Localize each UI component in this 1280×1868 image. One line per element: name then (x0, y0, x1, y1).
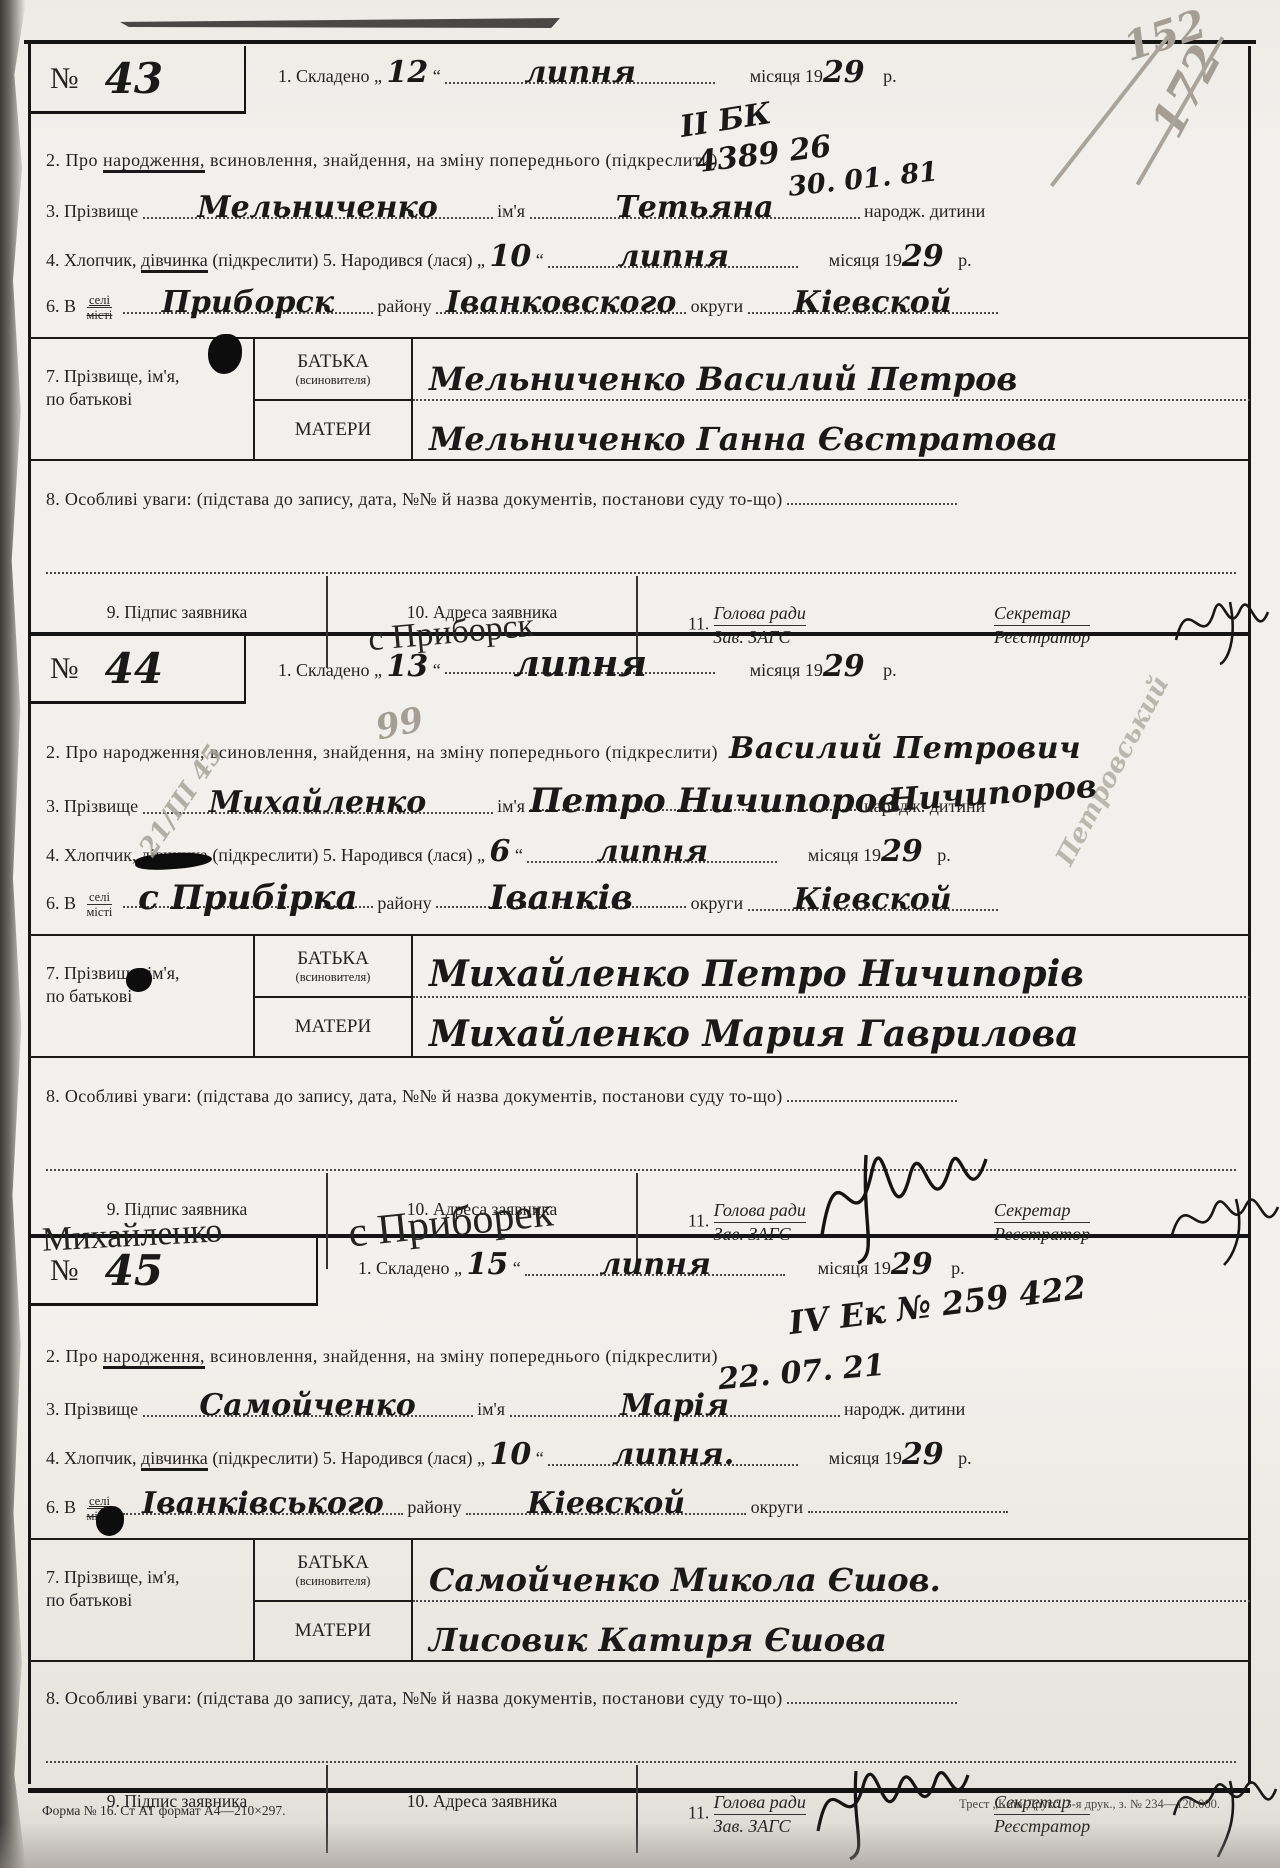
birth-word: народження, (103, 742, 205, 762)
okruha-label: округи (691, 296, 744, 316)
composed-year-handwriting: 29 (891, 1247, 933, 1282)
month-year-label: місяця 19 (829, 1448, 902, 1468)
quote-open: „ (374, 66, 382, 86)
sex-birth-line: 4. Хлопчик, дівчинка (підкреслити) 5. На… (28, 248, 1250, 271)
secretary-label: Секретар (994, 1199, 1090, 1224)
composed-month-handwriting: липня (600, 1247, 711, 1282)
quote-close: “ (513, 1258, 521, 1278)
parents-label-line1: 7. Прізвище, ім'я, (46, 1567, 180, 1587)
page-top-border (24, 40, 1256, 44)
head-of-council-label: Голова ради (714, 602, 806, 627)
about-pre: 2. Про (46, 150, 98, 170)
in-label: 6. В (46, 1497, 76, 1517)
record-block-44: № 44 1. Складено „ 13 “ липня місяця 192… (28, 636, 1250, 1238)
month-year-label: місяця 19 (829, 250, 902, 270)
scan-smudge (120, 18, 560, 28)
about-line: 2. Про народження, всиновлення, знайденн… (28, 1346, 1250, 1367)
father-name-handwriting: Мельниченко Василий Петров (429, 370, 1017, 389)
father-header: БАТЬКА (297, 948, 369, 969)
about-pre: 2. Про (46, 742, 98, 762)
quote-open: „ (477, 250, 485, 270)
quote-close: “ (433, 66, 441, 86)
underline-hint-label: (підкреслити) (212, 1448, 318, 1468)
okruha-label: округи (751, 1497, 804, 1517)
child-label: народж. дитини (864, 201, 985, 221)
birth-month-handwriting: липня (597, 834, 708, 869)
district-label: району (407, 1497, 461, 1517)
district-handwriting: Кіевской (527, 1486, 685, 1521)
father-header: БАТЬКА (297, 351, 369, 372)
composed-label: 1. Складено (358, 1258, 450, 1278)
archival-stamp-line3: 30. 01. 81 (788, 164, 939, 196)
boy-label: 4. Хлопчик, (46, 250, 137, 270)
okruha-handwriting: Кіевской (794, 285, 952, 320)
birth-word-underlined: народження, (103, 150, 205, 173)
surname-label: 3. Прізвище (46, 796, 138, 816)
remarks-line: 8. Особливі уваги: (підстава до запису, … (28, 1082, 1250, 1107)
ink-note-patronymic: Ничипоров (888, 777, 1098, 811)
head-of-council-label: Голова ради (714, 1199, 806, 1224)
composed-line: 1. Складено „ 13 “ липня місяця 1929 р. (28, 636, 1250, 710)
torn-page-edge (0, 0, 26, 1868)
boy-label: 4. Хлопчик, (46, 1448, 137, 1468)
girl-label-marked: дівчинка (141, 250, 208, 273)
empty-remarks-line (46, 1761, 1236, 1763)
father-subheader: (всиновителя) (255, 970, 411, 985)
archival-stamp-line1: ІІ БК (679, 105, 772, 137)
month-year-label: місяця 19 (818, 1258, 891, 1278)
parents-label-line2: по батькові (46, 389, 132, 409)
remarks-label: 8. Особливі уваги: (підстава до запису, … (46, 489, 783, 509)
father-subheader: (всиновителя) (255, 373, 411, 388)
composed-line: 1. Складено „ 12 “ липня місяця 1929 р. (28, 46, 1250, 120)
mother-header: МАТЕРИ (295, 1620, 371, 1642)
name-label: ім'я (497, 796, 525, 816)
girl-label-marked: дівчинка (141, 1448, 208, 1471)
surname-handwriting: Мельниченко (197, 190, 437, 225)
secretary-label: Секретар (994, 602, 1090, 627)
composed-month-handwriting: липня (525, 55, 636, 90)
parents-row-label: 7. Прізвище, ім'я, по батькові (28, 936, 253, 1056)
composed-month-handwriting: липня (513, 643, 647, 685)
print-house-note: Трест „Київ-Друк“. 3-я друк., з. № 234—1… (959, 1797, 1220, 1812)
birth-year-handwriting: 29 (902, 1437, 944, 1472)
record-block-45: № 45 1. Складено „ 15 “ липня місяця 192… (28, 1238, 1250, 1793)
year-r-label: р. (883, 66, 897, 86)
surname-label: 3. Прізвище (46, 201, 138, 221)
underline-hint-label: (підкреслити) (212, 845, 318, 865)
month-year-label: місяця 19 (750, 66, 823, 86)
item-11-label: 11. (688, 1210, 709, 1230)
birth-month-handwriting: липня. (612, 1437, 734, 1472)
year-r-label: р. (958, 250, 972, 270)
surname-handwriting: Самойченко (199, 1388, 415, 1423)
composed-year-handwriting: 29 (823, 55, 865, 90)
quote-close: “ (515, 845, 523, 865)
child-name-handwriting: Тетьяна (615, 190, 773, 225)
birth-day-handwriting: 10 (490, 1437, 532, 1472)
month-year-label: місяця 19 (750, 660, 823, 680)
year-r-label: р. (937, 845, 951, 865)
sex-birth-line: 4. Хлопчик, дівчинка (підкреслити) 5. На… (28, 1446, 1250, 1469)
child-name-handwriting: Марія (620, 1388, 729, 1423)
town-word: місті (87, 308, 113, 322)
okruha-handwriting: Кіевской (794, 882, 952, 917)
born-label: 5. Народився (лася) (323, 1448, 473, 1468)
place-line: 6. В селімісті с Прибірка району Іванків… (28, 888, 1250, 920)
mother-name-handwriting: Михайленко Мария Гаврилова (429, 1024, 1079, 1046)
father-subheader: (всиновителя) (255, 1574, 411, 1589)
month-year-label: місяця 19 (808, 845, 881, 865)
birth-year-handwriting: 29 (881, 834, 923, 869)
empty-remarks-line (46, 1169, 1236, 1171)
form-type-note: Форма № 16. Ст АТ формат А4—210×297. (42, 1803, 285, 1818)
remarks-line: 8. Особливі уваги: (підстава до запису, … (28, 1684, 1250, 1709)
birth-word-underlined: народження, (103, 1346, 205, 1369)
father-name-handwriting: Михайленко Петро Ничипорів (429, 964, 1084, 986)
quote-close: “ (433, 660, 441, 680)
birth-month-handwriting: липня (618, 239, 729, 274)
surname-handwriting: Михайленко (209, 785, 426, 820)
mother-header: МАТЕРИ (295, 1016, 371, 1038)
parents-label-line1: 7. Прізвище, ім'я, (46, 366, 180, 386)
parents-label-line2: по батькові (46, 986, 132, 1006)
child-name-handwriting: Петро Ничипоров (530, 781, 900, 821)
district-handwriting: Іванків (490, 878, 633, 918)
quote-open: „ (477, 845, 485, 865)
quote-open: „ (477, 1448, 485, 1468)
surname-line: 3. Прізвище Мельниченко ім'я Тетьяна нар… (28, 199, 1250, 222)
item-11-label: 11. (688, 613, 709, 633)
born-label: 5. Народився (лася) (323, 250, 473, 270)
remarks-label: 8. Особливі уваги: (підстава до запису, … (46, 1086, 783, 1106)
district-handwriting: Іванковского (446, 285, 677, 320)
parents-table: 7. Прізвище, ім'я, по батькові БАТЬКА(вс… (28, 1538, 1250, 1662)
ink-note-father-name: Василий Петрович (729, 731, 1081, 766)
surname-line: 3. Прізвище Самойченко ім'я Марія народж… (28, 1397, 1250, 1420)
father-header: БАТЬКА (297, 1552, 369, 1573)
ink-blot (96, 1506, 124, 1536)
registration-form-page: № 43 1. Складено „ 12 “ липня місяця 192… (28, 46, 1250, 1819)
quote-close: “ (536, 1448, 544, 1468)
boy-label: 4. Хлопчик, (46, 845, 137, 865)
birth-day-handwriting: 6 (490, 834, 511, 869)
district-label: району (377, 296, 431, 316)
parents-label-line1: 7. Прізвище, ім'я, (46, 963, 180, 983)
name-label: ім'я (497, 201, 525, 221)
village-word: селі (87, 293, 113, 308)
about-rest: всиновлення, знайдення, на зміну поперед… (210, 150, 718, 170)
parents-row-label: 7. Прізвище, ім'я, по батькові (28, 1540, 253, 1660)
birth-day-handwriting: 10 (490, 239, 532, 274)
mother-name-handwriting: Мельниченко Ганна Євстратова (429, 430, 1058, 449)
composed-label: 1. Складено (278, 660, 370, 680)
district-label: району (377, 893, 431, 913)
parents-table: 7. Прізвище, ім'я, по батькові БАТЬКА(вс… (28, 934, 1250, 1058)
remarks-label: 8. Особливі уваги: (підстава до запису, … (46, 1688, 783, 1708)
year-r-label: р. (958, 1448, 972, 1468)
quote-open: „ (374, 660, 382, 680)
quote-open: „ (454, 1258, 462, 1278)
in-label: 6. В (46, 296, 76, 316)
year-r-label: р. (883, 660, 897, 680)
surname-label: 3. Прізвище (46, 1399, 138, 1419)
village-handwriting: Приборск (162, 285, 334, 320)
mother-name-handwriting: Лисовик Катиря Єшова (429, 1631, 887, 1650)
empty-remarks-line (46, 572, 1236, 574)
parent-values-col: Самойченко Микола Єшов. Лисовик Катиря Є… (413, 1540, 1250, 1660)
mother-header: МАТЕРИ (295, 419, 371, 441)
about-rest: всиновлення, знайдення, на зміну поперед… (210, 1346, 718, 1366)
father-name-handwriting: Самойченко Микола Єшов. (429, 1571, 941, 1590)
record-block-43: № 43 1. Складено „ 12 “ липня місяця 192… (28, 46, 1250, 636)
village-handwriting: Іванківського (142, 1486, 384, 1521)
child-label: народж. дитини (844, 1399, 965, 1419)
about-rest: всиновлення, знайдення, на зміну поперед… (210, 742, 718, 762)
parent-header-col: БАТЬКА(всиновителя) МАТЕРИ (253, 936, 413, 1056)
place-line: 6. В селімісті Іванківського району Кіев… (28, 1493, 1250, 1524)
born-label: 5. Народився (лася) (323, 845, 473, 865)
village-word: селі (87, 890, 113, 905)
remarks-line: 8. Особливі уваги: (підстава до запису, … (28, 485, 1250, 510)
parent-header-col: БАТЬКА(всиновителя) МАТЕРИ (253, 1540, 413, 1660)
place-line: 6. В селімісті Приборск району Іванковск… (28, 293, 1250, 323)
parent-values-col: Михайленко Петро Ничипорів Михайленко Ма… (413, 936, 1250, 1056)
composed-year-handwriting: 29 (823, 649, 865, 684)
composed-label: 1. Складено (278, 66, 370, 86)
okruha-label: округи (691, 893, 744, 913)
parent-values-col: Мельниченко Василий Петров Мельниченко Г… (413, 339, 1250, 459)
birth-year-handwriting: 29 (902, 239, 944, 274)
applicant-signature-label: 9. Підпис заявника (107, 602, 248, 622)
about-pre: 2. Про (46, 1346, 98, 1366)
form-footer: Форма № 16. Ст АТ формат А4—210×297. Тре… (28, 1793, 1250, 1819)
village-handwriting: с Прибірка (138, 878, 357, 918)
name-label: ім'я (477, 1399, 505, 1419)
composed-day-handwriting: 12 (387, 55, 429, 90)
ink-note-date: 22. 07. 21 (718, 1357, 886, 1389)
composed-day-handwriting: 13 (387, 649, 429, 684)
parent-header-col: БАТЬКА(всиновителя) МАТЕРИ (253, 339, 413, 459)
scan-bottom-shade (0, 1822, 1280, 1868)
year-r-label: р. (951, 1258, 965, 1278)
composed-day-handwriting: 15 (467, 1247, 509, 1282)
underline-hint-label: (підкреслити) (212, 250, 318, 270)
parents-label-line2: по батькові (46, 1590, 132, 1610)
quote-close: “ (536, 250, 544, 270)
town-word: місті (87, 905, 113, 919)
in-label: 6. В (46, 893, 76, 913)
